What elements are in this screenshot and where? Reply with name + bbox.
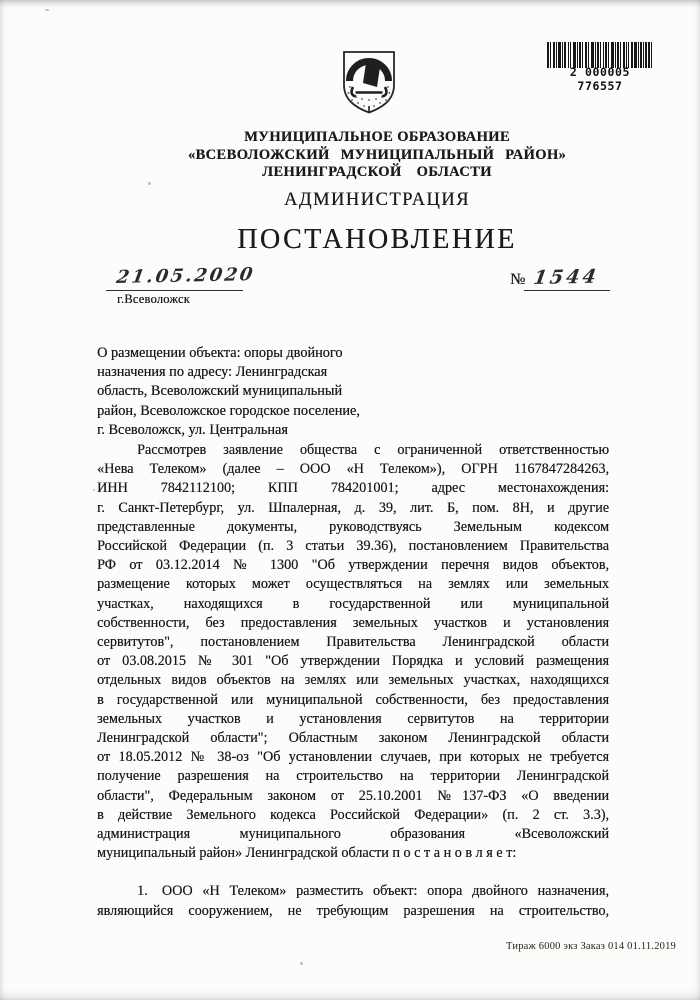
org-name-line2: «ВСЕВОЛОЖСКИЙ МУНИЦИПАЛЬНЫЙ РАЙОН»: [70, 147, 684, 165]
text-line: собственности, без предоставления земель…: [97, 614, 609, 633]
text-line: земельных участков и установления сервит…: [97, 710, 609, 729]
number-sign: №: [510, 271, 525, 289]
coat-of-arms-icon: [340, 48, 398, 116]
text-line: «Нева Телеком» (далее – ООО «Н Телеком»)…: [97, 460, 609, 479]
text-line: администрация муниципального образования…: [97, 825, 609, 844]
date-underline: [106, 290, 243, 291]
administration-title: АДМИНИСТРАЦИЯ: [70, 190, 684, 211]
number-handwritten: 1544: [532, 266, 601, 289]
scan-speck: [300, 962, 303, 965]
org-name-line3: ЛЕНИНГРАДСКОЙ ОБЛАСТИ: [70, 164, 684, 182]
registration-barcode: 2 000005 776557: [547, 42, 653, 93]
document-type-title: ПОСТАНОВЛЕНИЕ: [70, 224, 684, 256]
text-line: г. Санкт-Петербург, ул. Шпалерная, д. 39…: [97, 499, 609, 518]
scan-speck: [93, 489, 95, 491]
print-imprint: Тираж 6000 экз Заказ 014 01.11.2019: [506, 941, 676, 952]
subject-block: О размещении объекта: опоры двойного наз…: [97, 344, 447, 440]
text-line: Российской Федерации (п. 3 статьи 39.36)…: [97, 537, 609, 556]
text-line: от 03.08.2015 № 301 "Об утверждении Поря…: [97, 652, 609, 671]
text-line: Рассмотрев заявление общества с ограниче…: [97, 441, 609, 460]
text-line: размещение которых может осуществляться …: [97, 575, 609, 594]
text-line: сервитутов", постановлением Правительств…: [97, 633, 609, 652]
text-line: Ленинградской области"; Областным законо…: [97, 729, 609, 748]
text-line: РФ от 03.12.2014 № 1300 "Об утверждении …: [97, 556, 609, 575]
body-paragraph-1: Рассмотрев заявление общества с ограниче…: [97, 441, 609, 863]
letterhead: МУНИЦИПАЛЬНОЕ ОБРАЗОВАНИЕ «ВСЕВОЛОЖСКИЙ …: [70, 129, 684, 256]
body-item-1: 1. ООО «Н Телеком» разместить объект: оп…: [97, 882, 609, 920]
place-label: г.Всеволожск: [117, 292, 190, 307]
barcode-digits: 2 000005 776557: [547, 65, 653, 93]
text-line: 1. ООО «Н Телеком» разместить объект: оп…: [97, 882, 609, 901]
scan-speck: [148, 182, 151, 185]
text-line: являющийся сооружением, не требующим раз…: [97, 902, 609, 921]
scan-speck: [45, 9, 49, 11]
body-text: Рассмотрев заявление общества с ограниче…: [97, 441, 609, 921]
text-line: ИНН 7842112100; КПП 784201001; адрес мес…: [97, 479, 609, 498]
org-name-line1: МУНИЦИПАЛЬНОЕ ОБРАЗОВАНИЕ: [70, 129, 684, 147]
text-line: в действие Земельного кодекса Российской…: [97, 806, 609, 825]
text-line: отдельных видов объектов на землях или з…: [97, 671, 609, 690]
date-handwritten: 21.05.2020: [115, 264, 256, 288]
text-line: получение разрешения на строительство на…: [97, 767, 609, 786]
text-line: от 18.05.2012 № 38-оз "Об установлении с…: [97, 748, 609, 767]
text-line: муниципальный район» Ленинградской облас…: [97, 844, 609, 863]
coat-of-arms: [340, 48, 398, 121]
text-line: области", Федеральным законом от 25.10.2…: [97, 787, 609, 806]
text-line: представленные документы, руководствуясь…: [97, 518, 609, 537]
scanned-document-page: 2 000005 776557 МУНИЦИПАЛЬНОЕ ОБРАЗОВАНИ…: [0, 0, 700, 1000]
text-line: участках, находящихся в государственной …: [97, 595, 609, 614]
text-line: в государственной или муниципальной собс…: [97, 691, 609, 710]
number-underline: [524, 290, 610, 291]
